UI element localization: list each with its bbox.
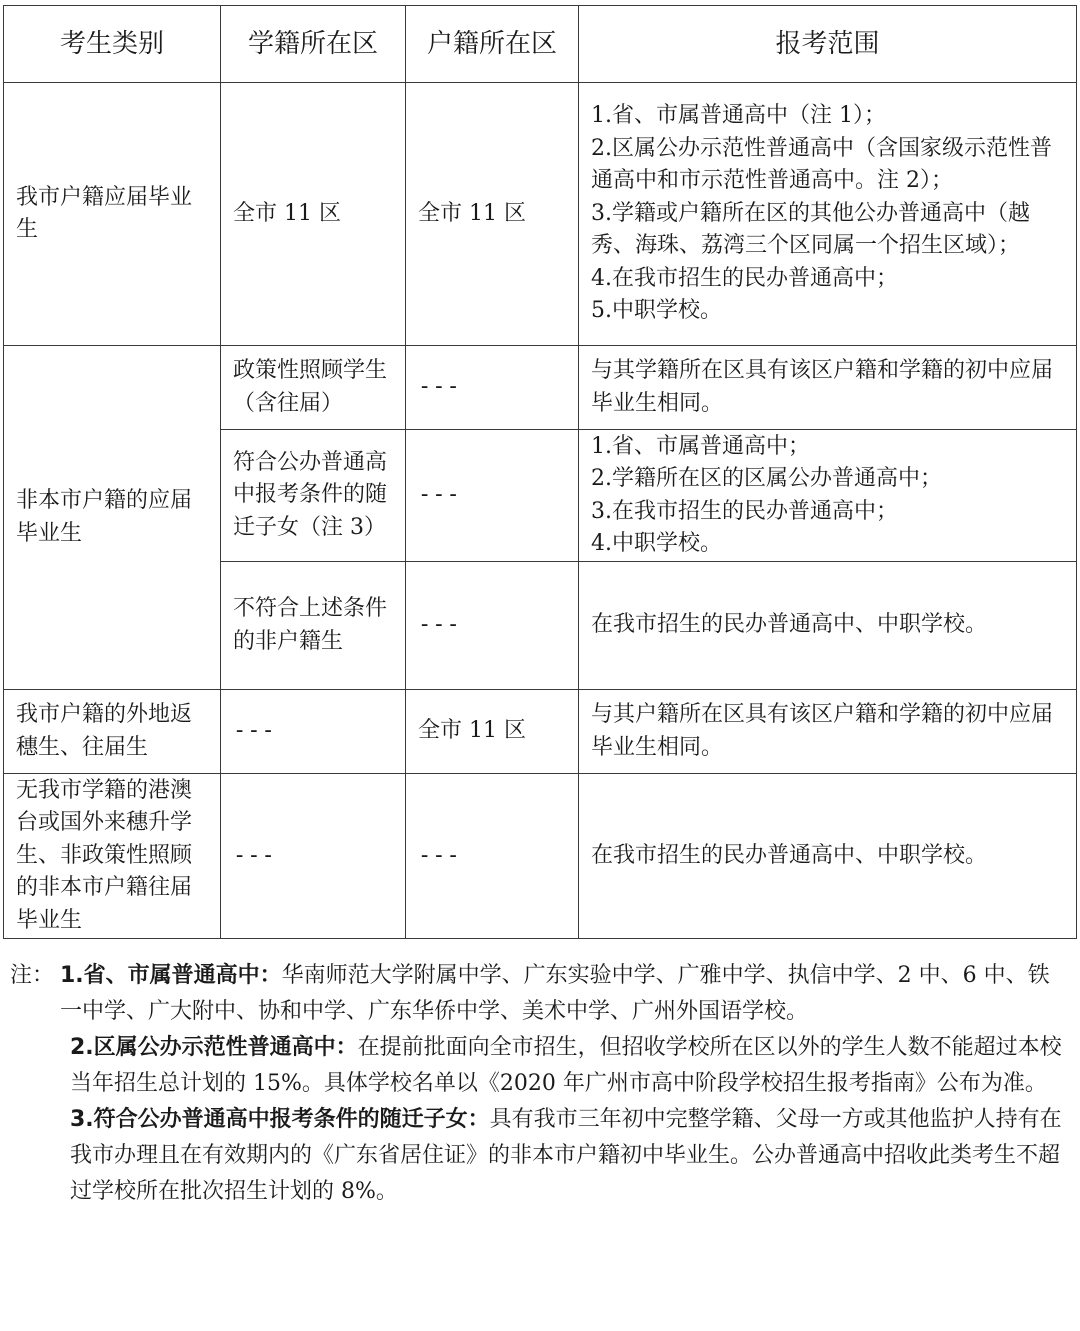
table-row: 无我市学籍的港澳台或国外来穗升学生、非政策性照顾的非本市户籍往届毕业生 --- … xyxy=(4,774,1077,939)
scope-line: 2.学籍所在区的区属公办普通高中； xyxy=(591,463,1064,496)
note-title: 3.符合公办普通高中报考条件的随迁子女： xyxy=(70,1107,490,1132)
admission-scope-table: 考生类别 学籍所在区 户籍所在区 报考范围 我市户籍应届毕业生 全市 11 区 … xyxy=(3,5,1077,939)
hukou-district-cell: --- xyxy=(406,562,579,690)
table-header-row: 考生类别 学籍所在区 户籍所在区 报考范围 xyxy=(4,6,1077,83)
scope-line: 1.省、市属普通高中； xyxy=(591,431,1064,464)
note-item: 3.符合公办普通高中报考条件的随迁子女：具有我市三年初中完整学籍、父母一方或其他… xyxy=(70,1102,1070,1210)
scope-cell: 1.省、市属普通高中； 2.学籍所在区的区属公办普通高中； 3.在我市招生的民办… xyxy=(579,430,1077,562)
scope-line: 3.学籍或户籍所在区的其他公办普通高中（越秀、海珠、荔湾三个区同属一个招生区域）… xyxy=(591,198,1064,263)
table-row: 我市户籍的外地返穗生、往届生 --- 全市 11 区 与其户籍所在区具有该区户籍… xyxy=(4,690,1077,774)
notes-label: 注： xyxy=(10,958,60,1030)
note-item: 2.区属公办示范性普通高中：在提前批面向全市招生，但招收学校所在区以外的学生人数… xyxy=(70,1030,1070,1102)
note-item: 注： 1.省、市属普通高中：华南师范大学附属中学、广东实验中学、广雅中学、执信中… xyxy=(10,958,1070,1030)
hukou-district-cell: --- xyxy=(406,774,579,939)
school-district-cell: 不符合上述条件的非户籍生 xyxy=(221,562,406,690)
hukou-district-cell: 全市 11 区 xyxy=(406,83,579,346)
school-district-cell: 全市 11 区 xyxy=(221,83,406,346)
scope-line: 与其户籍所在区具有该区户籍和学籍的初中应届毕业生相同。 xyxy=(591,699,1064,764)
category-cell: 非本市户籍的应届毕业生 xyxy=(4,346,221,690)
scope-cell: 1.省、市属普通高中（注 1）； 2.区属公办示范性普通高中（含国家级示范性普通… xyxy=(579,83,1077,346)
scope-line: 4.中职学校。 xyxy=(591,528,1064,561)
school-district-cell: 政策性照顾学生（含往届） xyxy=(221,346,406,430)
scope-cell: 在我市招生的民办普通高中、中职学校。 xyxy=(579,562,1077,690)
header-school-district: 学籍所在区 xyxy=(221,6,406,83)
table-row: 非本市户籍的应届毕业生 政策性照顾学生（含往届） --- 与其学籍所在区具有该区… xyxy=(4,346,1077,430)
scope-line: 与其学籍所在区具有该区户籍和学籍的初中应届毕业生相同。 xyxy=(591,355,1064,420)
school-district-cell: --- xyxy=(221,690,406,774)
header-scope: 报考范围 xyxy=(579,6,1077,83)
category-cell: 我市户籍应届毕业生 xyxy=(4,83,221,346)
scope-cell: 与其学籍所在区具有该区户籍和学籍的初中应届毕业生相同。 xyxy=(579,346,1077,430)
note-title: 2.区属公办示范性普通高中： xyxy=(70,1035,358,1060)
scope-line: 在我市招生的民办普通高中、中职学校。 xyxy=(591,609,1064,642)
scope-cell: 与其户籍所在区具有该区户籍和学籍的初中应届毕业生相同。 xyxy=(579,690,1077,774)
scope-cell: 在我市招生的民办普通高中、中职学校。 xyxy=(579,774,1077,939)
category-cell: 无我市学籍的港澳台或国外来穗升学生、非政策性照顾的非本市户籍往届毕业生 xyxy=(4,774,221,939)
hukou-district-cell: --- xyxy=(406,346,579,430)
header-hukou-district: 户籍所在区 xyxy=(406,6,579,83)
scope-line: 在我市招生的民办普通高中、中职学校。 xyxy=(591,840,1064,873)
scope-line: 2.区属公办示范性普通高中（含国家级示范性普通高中和市示范性普通高中。注 2）； xyxy=(591,133,1064,198)
note-title: 1.省、市属普通高中： xyxy=(60,963,282,988)
hukou-district-cell: 全市 11 区 xyxy=(406,690,579,774)
category-cell: 我市户籍的外地返穗生、往届生 xyxy=(4,690,221,774)
school-district-cell: 符合公办普通高中报考条件的随迁子女（注 3） xyxy=(221,430,406,562)
table-row: 我市户籍应届毕业生 全市 11 区 全市 11 区 1.省、市属普通高中（注 1… xyxy=(4,83,1077,346)
scope-line: 5.中职学校。 xyxy=(591,295,1064,328)
scope-line: 1.省、市属普通高中（注 1）； xyxy=(591,100,1064,133)
notes-section: 注： 1.省、市属普通高中：华南师范大学附属中学、广东实验中学、广雅中学、执信中… xyxy=(10,958,1070,1210)
header-category: 考生类别 xyxy=(4,6,221,83)
scope-line: 3.在我市招生的民办普通高中； xyxy=(591,496,1064,529)
scope-line: 4.在我市招生的民办普通高中； xyxy=(591,263,1064,296)
school-district-cell: --- xyxy=(221,774,406,939)
hukou-district-cell: --- xyxy=(406,430,579,562)
